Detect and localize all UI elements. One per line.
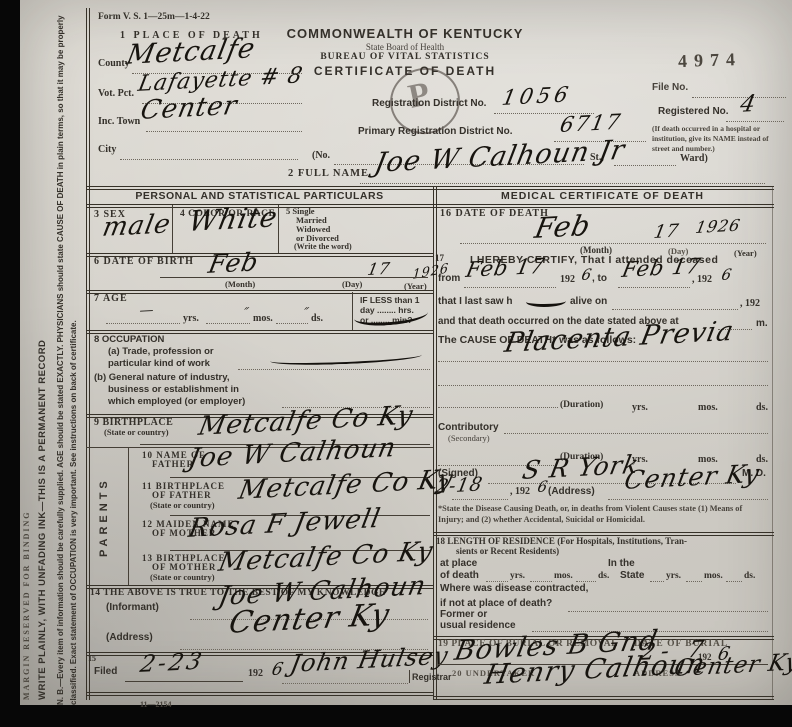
res-state-yrs: yrs. (666, 571, 681, 581)
cause-line1 (438, 360, 768, 362)
cause-duration-mos: mos. (698, 402, 718, 413)
res-yrs-line (486, 580, 508, 582)
contributory-line (504, 432, 768, 434)
ward-label: Ward) (680, 153, 708, 164)
age-mos-mark: ″ (242, 306, 251, 321)
secondary-label: (Secondary) (448, 433, 490, 443)
res-state-ds-line (726, 580, 742, 582)
occupation-a-line (238, 368, 430, 370)
occupation-b-line1: (b) General nature of industry, (94, 372, 229, 383)
vot-pct-label: Vot. Pct. (98, 88, 134, 99)
certify-to-192: , 192 (692, 274, 712, 285)
usual-residence-label: usual residence (440, 620, 516, 631)
dob-label: 6 DATE OF BIRTH (94, 256, 194, 267)
city-line (120, 158, 298, 160)
filed-year-digit: 6 (270, 659, 286, 680)
primary-district-value: 6717 (558, 110, 624, 137)
file-no-stamp: 4974 (678, 49, 743, 72)
mother-birthplace-label2: OF MOTHER (152, 562, 216, 572)
res-mos-line (530, 580, 552, 582)
residence-label1: 18 LENGTH OF RESIDENCE (For Hospitals, I… (436, 536, 687, 546)
dob-day-label: (Day) (342, 279, 362, 289)
hospital-note: (If death occurred in a hospital or inst… (652, 124, 788, 153)
full-name-line (360, 182, 765, 184)
if-less-line1: IF LESS than 1 (360, 295, 420, 305)
death-occurred-m: m. (756, 318, 768, 329)
res-yrs-label: yrs. (510, 571, 525, 581)
bureau-subtitle: BUREAU OF VITAL STATISTICS (275, 52, 535, 62)
cause-line2 (438, 384, 768, 386)
age-mos-label: mos. (253, 313, 273, 324)
form-number: Form V. S. 1—25m—1-4-22 (98, 12, 210, 22)
last-saw-text: that I last saw h (438, 296, 512, 307)
medical-title: MEDICAL CERTIFICATE OF DEATH (433, 190, 772, 202)
mother-maiden-value: Rosa F Jewell (186, 504, 383, 544)
certify-from-line (464, 286, 556, 288)
cause-duration-ds: ds. (756, 402, 768, 413)
inc-town-label: Inc. Town (98, 116, 140, 127)
former-or-label: Former or (440, 609, 487, 620)
where-contracted-label: Where was disease contracted, (440, 583, 588, 594)
county-value: Metcalfe (124, 33, 258, 71)
occupation-b-line3: which employed (or employer) (108, 396, 245, 407)
registered-no-label: Registered No. (658, 106, 729, 117)
certify-from-value: Feb 17 (464, 254, 547, 282)
contributory-label: Contributory (438, 422, 499, 433)
res-ds-line (576, 580, 596, 582)
full-name-value: Joe W Calhoun Jr (372, 135, 628, 179)
dod-year-label: (Year) (734, 248, 757, 258)
res-state-ds: ds. (744, 571, 755, 581)
age-yrs-label: yrs. (183, 313, 199, 324)
residence-label2: sients or Recent Residents) (456, 546, 559, 556)
commonwealth-title: COMMONWEALTH OF KENTUCKY (275, 26, 535, 41)
in-the-label: In the (608, 558, 635, 569)
informant-address-label: (Address) (106, 632, 153, 643)
res-ds-label: ds. (598, 571, 609, 581)
sex-value: male (100, 209, 174, 243)
certify-to-year-digit: 6 (720, 265, 734, 284)
marital-write-word: (Write the word) (294, 242, 352, 251)
cause-duration-yrs: yrs. (632, 402, 648, 413)
form-right-border (772, 186, 773, 700)
father-birthplace-value: Metcalfe Co Ky (236, 464, 456, 506)
age-ds-line (276, 322, 308, 324)
occupation-a-line2: particular kind of work (108, 358, 210, 369)
cause-footnote: *State the Disease Causing Death, or, in… (438, 504, 770, 526)
ward-line (614, 164, 676, 166)
res-mos-label: mos. (554, 571, 573, 581)
occupation-label: 8 OCCUPATION (94, 334, 164, 345)
dod-day-value: 17 (652, 220, 681, 243)
occupation-a-line1: (a) Trade, profession or (108, 346, 214, 357)
race-value: White (186, 200, 281, 238)
margin-write-plainly-note: WRITE PLAINLY, WITH UNFADING INK—THIS IS… (37, 70, 48, 700)
alive-on-text: alive on (570, 296, 607, 307)
dob-line (160, 277, 428, 278)
certify-to-label: , to (592, 273, 607, 284)
parents-cell-divider (128, 447, 129, 585)
occupation-b-line2: business or establishment in (108, 384, 239, 395)
dod-line (460, 242, 766, 244)
filed-date-line (125, 681, 243, 682)
age-mos-line (206, 322, 250, 324)
filed-num: 15 (88, 654, 96, 663)
father-birthplace-label2: OF FATHER (152, 490, 212, 500)
certify-from-192: 192 (560, 274, 575, 285)
res-state-mos-line (686, 580, 702, 582)
filed-label: Filed (94, 666, 117, 677)
signed-date-line (452, 498, 508, 500)
full-name-label: 2 FULL NAME (288, 168, 369, 179)
if-not-line (568, 610, 768, 612)
margin-nb-note: N. B.—Every item of information should b… (55, 15, 82, 705)
file-no-line (692, 96, 786, 98)
dob-month-value: Feb (206, 247, 261, 279)
dod-label: 16 DATE OF DEATH (440, 208, 549, 219)
informant-label: (Informant) (106, 602, 159, 613)
filed-date-value: 2-23 (138, 648, 207, 678)
margin-binding-note: MARGIN RESERVED FOR BINDING (22, 320, 31, 700)
birthplace-sub-label: (State or country) (104, 427, 169, 437)
age-yrs-line (106, 322, 180, 324)
dob-day-value: 17 (366, 259, 392, 279)
stamp-letter: P (405, 75, 433, 116)
city-label: City (98, 144, 116, 155)
cause-line3 (438, 406, 558, 408)
of-death-label: of death (440, 570, 479, 581)
board-subtitle: State Board of Health (275, 42, 535, 52)
cause-duration-label: (Duration) (560, 400, 603, 410)
signed-192: , 192 (510, 486, 530, 497)
informant-address-value: Center Ky (226, 597, 393, 641)
right-col-bottom-rule (433, 696, 774, 700)
filed-192: 192 (248, 668, 263, 679)
signed-address-value: Center Ky (622, 459, 762, 495)
registered-no-line (726, 120, 784, 122)
registered-no-value: 4 (738, 91, 759, 118)
age-yrs-mark: — (138, 302, 156, 319)
registration-district-value: 1056 (500, 82, 574, 110)
certify-from-label: from (438, 273, 460, 284)
certify-num: 17 (435, 253, 444, 263)
last-saw-pen-stroke (526, 296, 566, 307)
age-top-rule (86, 290, 433, 294)
if-not-label: if not at place of death? (440, 598, 552, 609)
signed-address-line (608, 498, 768, 500)
dod-year-value: 1926 (694, 215, 742, 237)
at-place-label: at place (440, 558, 477, 569)
inc-town-line (146, 130, 302, 132)
sex-cell-divider (172, 205, 173, 253)
mother-birthplace-sub: (State or country) (150, 572, 215, 582)
parents-label: PARENTS (98, 458, 110, 576)
no-label: (No. (312, 150, 330, 161)
father-birthplace-sub: (State or country) (150, 500, 215, 510)
registrar-label: Registrar (412, 672, 452, 682)
age-ds-mark: ″ (302, 306, 311, 321)
file-no-label: File No. (652, 82, 688, 93)
undertaker-address-value: Center Ky (672, 649, 792, 682)
if-less-pen-stroke (353, 303, 428, 327)
form-code: 11—2154 (140, 700, 172, 709)
alive-on-line (612, 308, 738, 310)
inc-town-value: Center (138, 91, 240, 126)
signed-date-value: 2-18 (434, 473, 485, 498)
left-col-bottom-rule (86, 692, 433, 696)
registrar-tick (409, 670, 410, 683)
dob-month-label: (Month) (225, 279, 255, 289)
occupation-pen-stroke (270, 349, 422, 366)
res-state-yrs-line (650, 580, 664, 582)
age-label: 7 AGE (94, 293, 128, 304)
certify-to-line (618, 286, 690, 288)
marital-cell-divider (278, 205, 279, 253)
res-state-label: State (620, 570, 644, 581)
alive-on-192: , 192 (740, 298, 760, 309)
signed-address-label: (Address) (548, 486, 595, 497)
age-ds-label: ds. (311, 313, 323, 324)
certify-to-value: Feb 17 (620, 254, 703, 282)
res-state-mos: mos. (704, 571, 723, 581)
registrar-line (282, 682, 408, 684)
dod-month-value: Feb (532, 209, 594, 245)
certificate-paper: MARGIN RESERVED FOR BINDING WRITE PLAINL… (20, 0, 792, 705)
